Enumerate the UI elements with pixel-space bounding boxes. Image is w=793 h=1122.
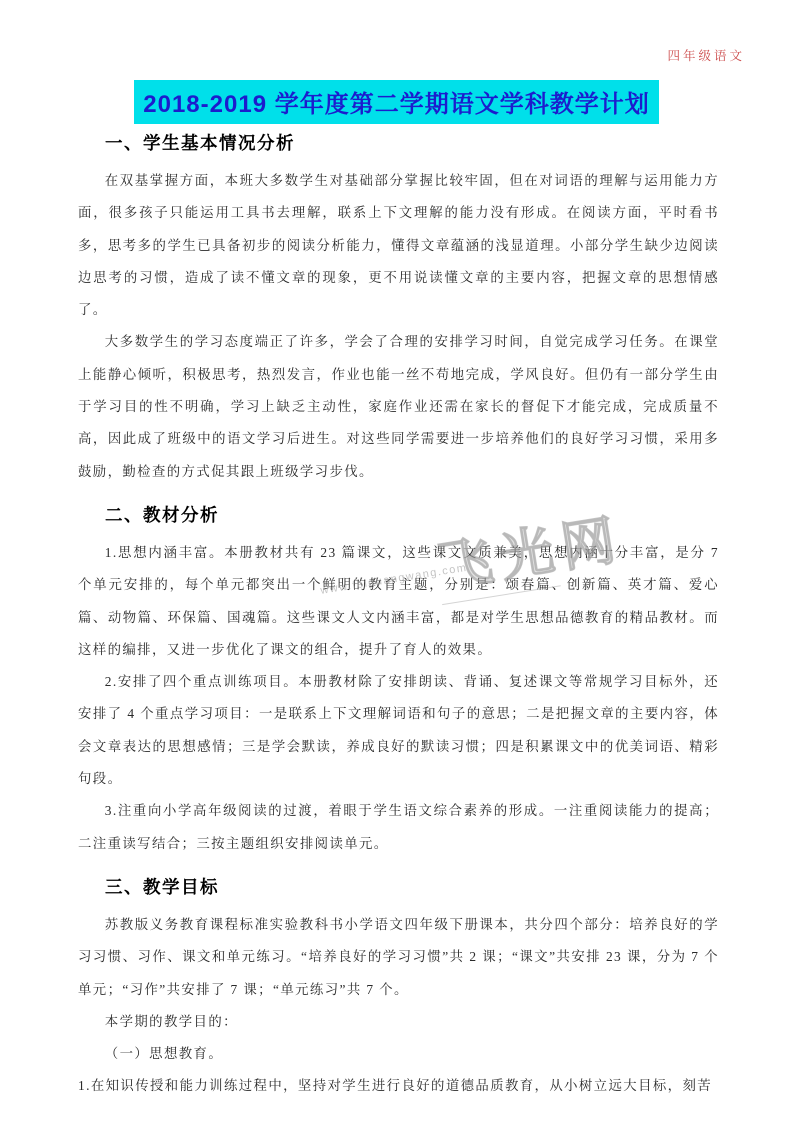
paragraph: 1.思想内涵丰富。本册教材共有 23 篇课文，这些课文文质兼美，思想内涵十分丰富… [78,537,719,666]
paragraph: （一）思想教育。 [78,1038,719,1070]
paragraph: 3.注重向小学高年级阅读的过渡，着眼于学生语文综合素养的形成。一注重阅读能力的提… [78,795,719,860]
document-page: 四年级语文 2018-2019 学年度第二学期语文学科教学计划 一、学生基本情况… [0,0,793,1122]
section-heading-student-analysis: 一、学生基本情况分析 [78,130,719,155]
paragraph: 2.安排了四个重点训练项目。本册教材除了安排朗读、背诵、复述课文等常规学习目标外… [78,666,719,795]
grade-subject-label: 四年级语文 [667,46,745,64]
paragraph: 大多数学生的学习态度端正了许多，学会了合理的安排学习时间，自觉完成学习任务。在课… [78,326,719,487]
page-title: 2018-2019 学年度第二学期语文学科教学计划 [134,80,658,124]
document-body: 一、学生基本情况分析 在双基掌握方面，本班大多数学生对基础部分掌握比较牢固，但在… [78,128,719,1103]
section-heading-teaching-goals: 三、教学目标 [78,874,719,899]
section-heading-textbook-analysis: 二、教材分析 [78,502,719,527]
paragraph: 苏教版义务教育课程标准实验教科书小学语文四年级下册课本，共分四个部分：培养良好的… [78,909,719,1006]
paragraph: 在双基掌握方面，本班大多数学生对基础部分掌握比较牢固，但在对词语的理解与运用能力… [78,165,719,326]
paragraph: 本学期的教学目的： [78,1006,719,1038]
document-title-row: 2018-2019 学年度第二学期语文学科教学计划 [0,80,793,124]
paragraph: 1.在知识传授和能力训练过程中，坚持对学生进行良好的道德品质教育，从小树立远大目… [78,1070,719,1102]
